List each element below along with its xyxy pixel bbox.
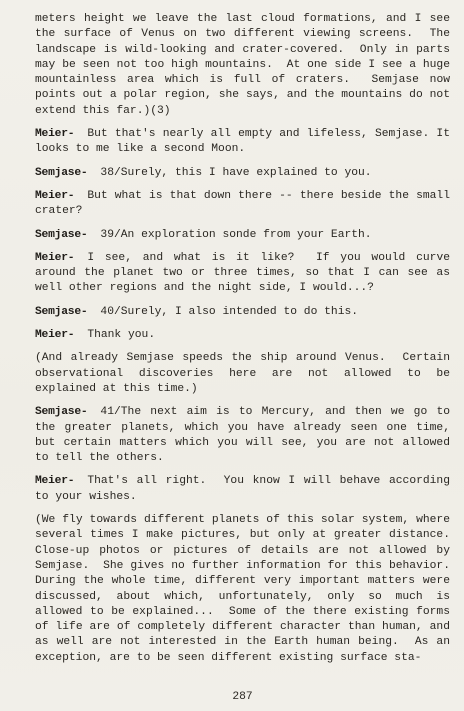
paragraph: (We fly towards different planets of thi… bbox=[35, 513, 450, 666]
paragraph-text: 39/An exploration sonde from your Earth. bbox=[100, 229, 371, 241]
paragraph: Semjase-38/Surely, this I have explained… bbox=[35, 166, 450, 181]
paragraph: Semjase-40/Surely, I also intended to do… bbox=[35, 305, 450, 320]
speaker-label: Meier- bbox=[35, 252, 74, 264]
paragraph-text: 38/Surely, this I have explained to you. bbox=[100, 167, 371, 179]
paragraph-text: But what is that down there -- there bes… bbox=[35, 190, 457, 217]
paragraph: Meier-I see, and what is it like? If you… bbox=[35, 251, 450, 297]
speaker-label: Meier- bbox=[35, 475, 74, 487]
paragraph: Semjase-41/The next aim is to Mercury, a… bbox=[35, 405, 450, 466]
paragraph-text: I see, and what is it like? If you would… bbox=[35, 252, 457, 295]
paragraph-text: (We fly towards different planets of thi… bbox=[35, 514, 457, 664]
paragraph-text: meters height we leave the last cloud fo… bbox=[35, 13, 457, 117]
speaker-label: Meier- bbox=[35, 329, 74, 341]
paragraph: Meier-But what is that down there -- the… bbox=[35, 189, 450, 220]
paragraph: meters height we leave the last cloud fo… bbox=[35, 12, 450, 119]
paragraph: (And already Semjase speeds the ship aro… bbox=[35, 351, 450, 397]
speaker-label: Semjase- bbox=[35, 306, 87, 318]
paragraph: Meier-Thank you. bbox=[35, 328, 450, 343]
document-page: meters height we leave the last cloud fo… bbox=[0, 0, 464, 711]
paragraph-text: Thank you. bbox=[87, 329, 155, 341]
paragraph-text: That's all right. You know I will behave… bbox=[35, 475, 457, 502]
speaker-label: Meier- bbox=[35, 128, 74, 140]
page-number: 287 bbox=[35, 690, 450, 705]
speaker-label: Semjase- bbox=[35, 167, 87, 179]
paragraph-text: (And already Semjase speeds the ship aro… bbox=[35, 352, 457, 395]
paragraph-text: 41/The next aim is to Mercury, and then … bbox=[35, 406, 457, 464]
paragraph: Meier-That's all right. You know I will … bbox=[35, 474, 450, 505]
paragraph-text: 40/Surely, I also intended to do this. bbox=[100, 306, 358, 318]
paragraph: Meier-But that's nearly all empty and li… bbox=[35, 127, 450, 158]
speaker-label: Semjase- bbox=[35, 229, 87, 241]
paragraph-text: But that's nearly all empty and lifeless… bbox=[35, 128, 457, 155]
paragraph: Semjase-39/An exploration sonde from you… bbox=[35, 228, 450, 243]
speaker-label: Meier- bbox=[35, 190, 74, 202]
speaker-label: Semjase- bbox=[35, 406, 87, 418]
